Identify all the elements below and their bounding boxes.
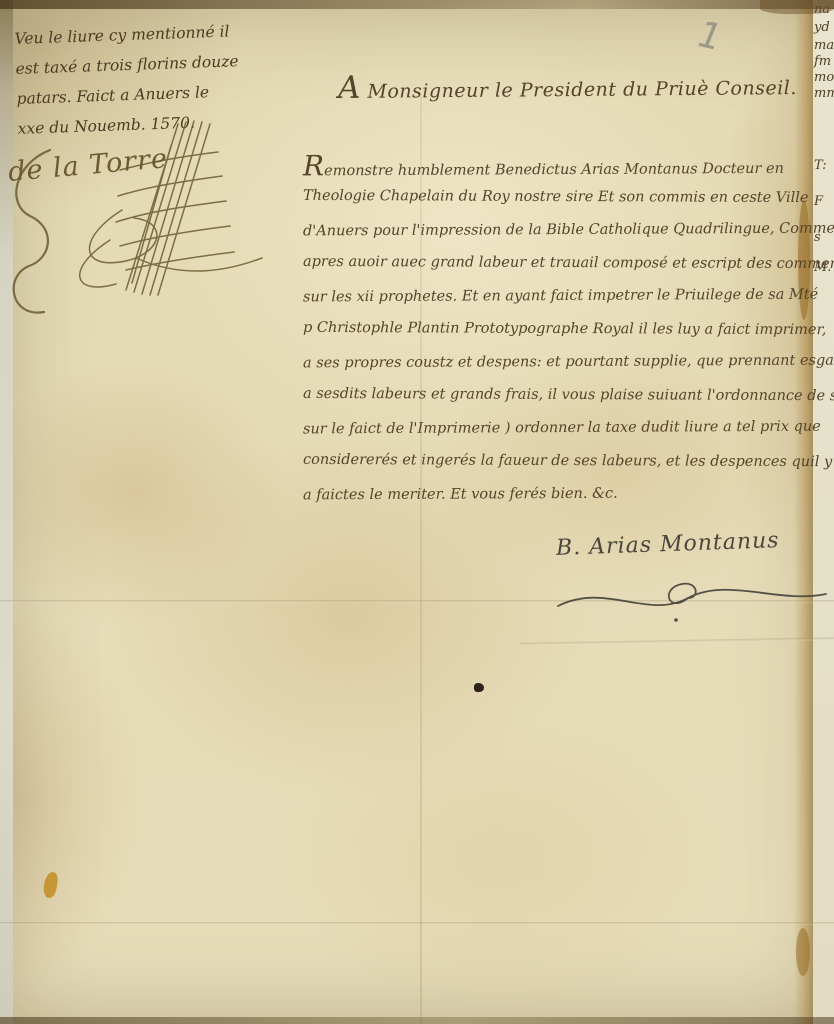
bottom-page-edge <box>0 1017 834 1024</box>
edge-text-fragment: fm <box>814 54 831 69</box>
top-right-corner-shadow <box>760 0 834 14</box>
petition-body: Remonstre humblement Benedictus Arias Mo… <box>303 148 828 511</box>
ink-blot <box>474 683 484 692</box>
fold-crease <box>520 637 834 645</box>
edge-text-fragment: yd <box>814 20 830 35</box>
body-line: sur le faict de l'Imprimerie ) ordonner … <box>303 411 828 447</box>
fold-crease <box>0 922 834 925</box>
edge-text-fragment: mo <box>814 70 834 85</box>
body-line: Theologie Chapelain du Roy nostre sire E… <box>303 180 828 215</box>
body-line: considererés et ingerés la faueur de ses… <box>303 444 828 479</box>
body-line: d'Anuers pour l'impression de la Bible C… <box>303 213 828 249</box>
address-line: A Monsigneur le President du Priuè Conse… <box>338 66 808 106</box>
body-line: sur les xii prophetes. Et en ayant faict… <box>303 279 828 315</box>
montanus-signature: B. Arias Montanus <box>556 528 780 561</box>
body-line: p Christophle Plantin Prototypographe Ro… <box>303 312 828 347</box>
edge-text-fragment: mm <box>814 86 834 101</box>
torre-paraph-flourish <box>50 118 280 298</box>
body-line: a sesdits labeurs et grands frais, il vo… <box>303 378 828 413</box>
page-number-pencil-mark: 1 <box>691 15 729 59</box>
montanus-paraph-flourish <box>552 572 834 628</box>
edge-text-fragment: ma <box>814 38 834 53</box>
body-line: Remonstre humblement Benedictus Arias Mo… <box>303 147 828 183</box>
manuscript-page: na yd ma fm mo mm T: F s M. 1 Veu le liu… <box>0 0 834 1024</box>
top-page-edge <box>0 0 834 9</box>
wax-stain <box>42 871 58 899</box>
edge-stain <box>796 928 810 976</box>
body-line: a faictes le meriter. Et vous ferés bien… <box>303 477 828 513</box>
body-line: a ses propres coustz et despens: et pour… <box>303 345 828 381</box>
body-line: apres auoir auec grand labeur et trauail… <box>303 246 828 281</box>
